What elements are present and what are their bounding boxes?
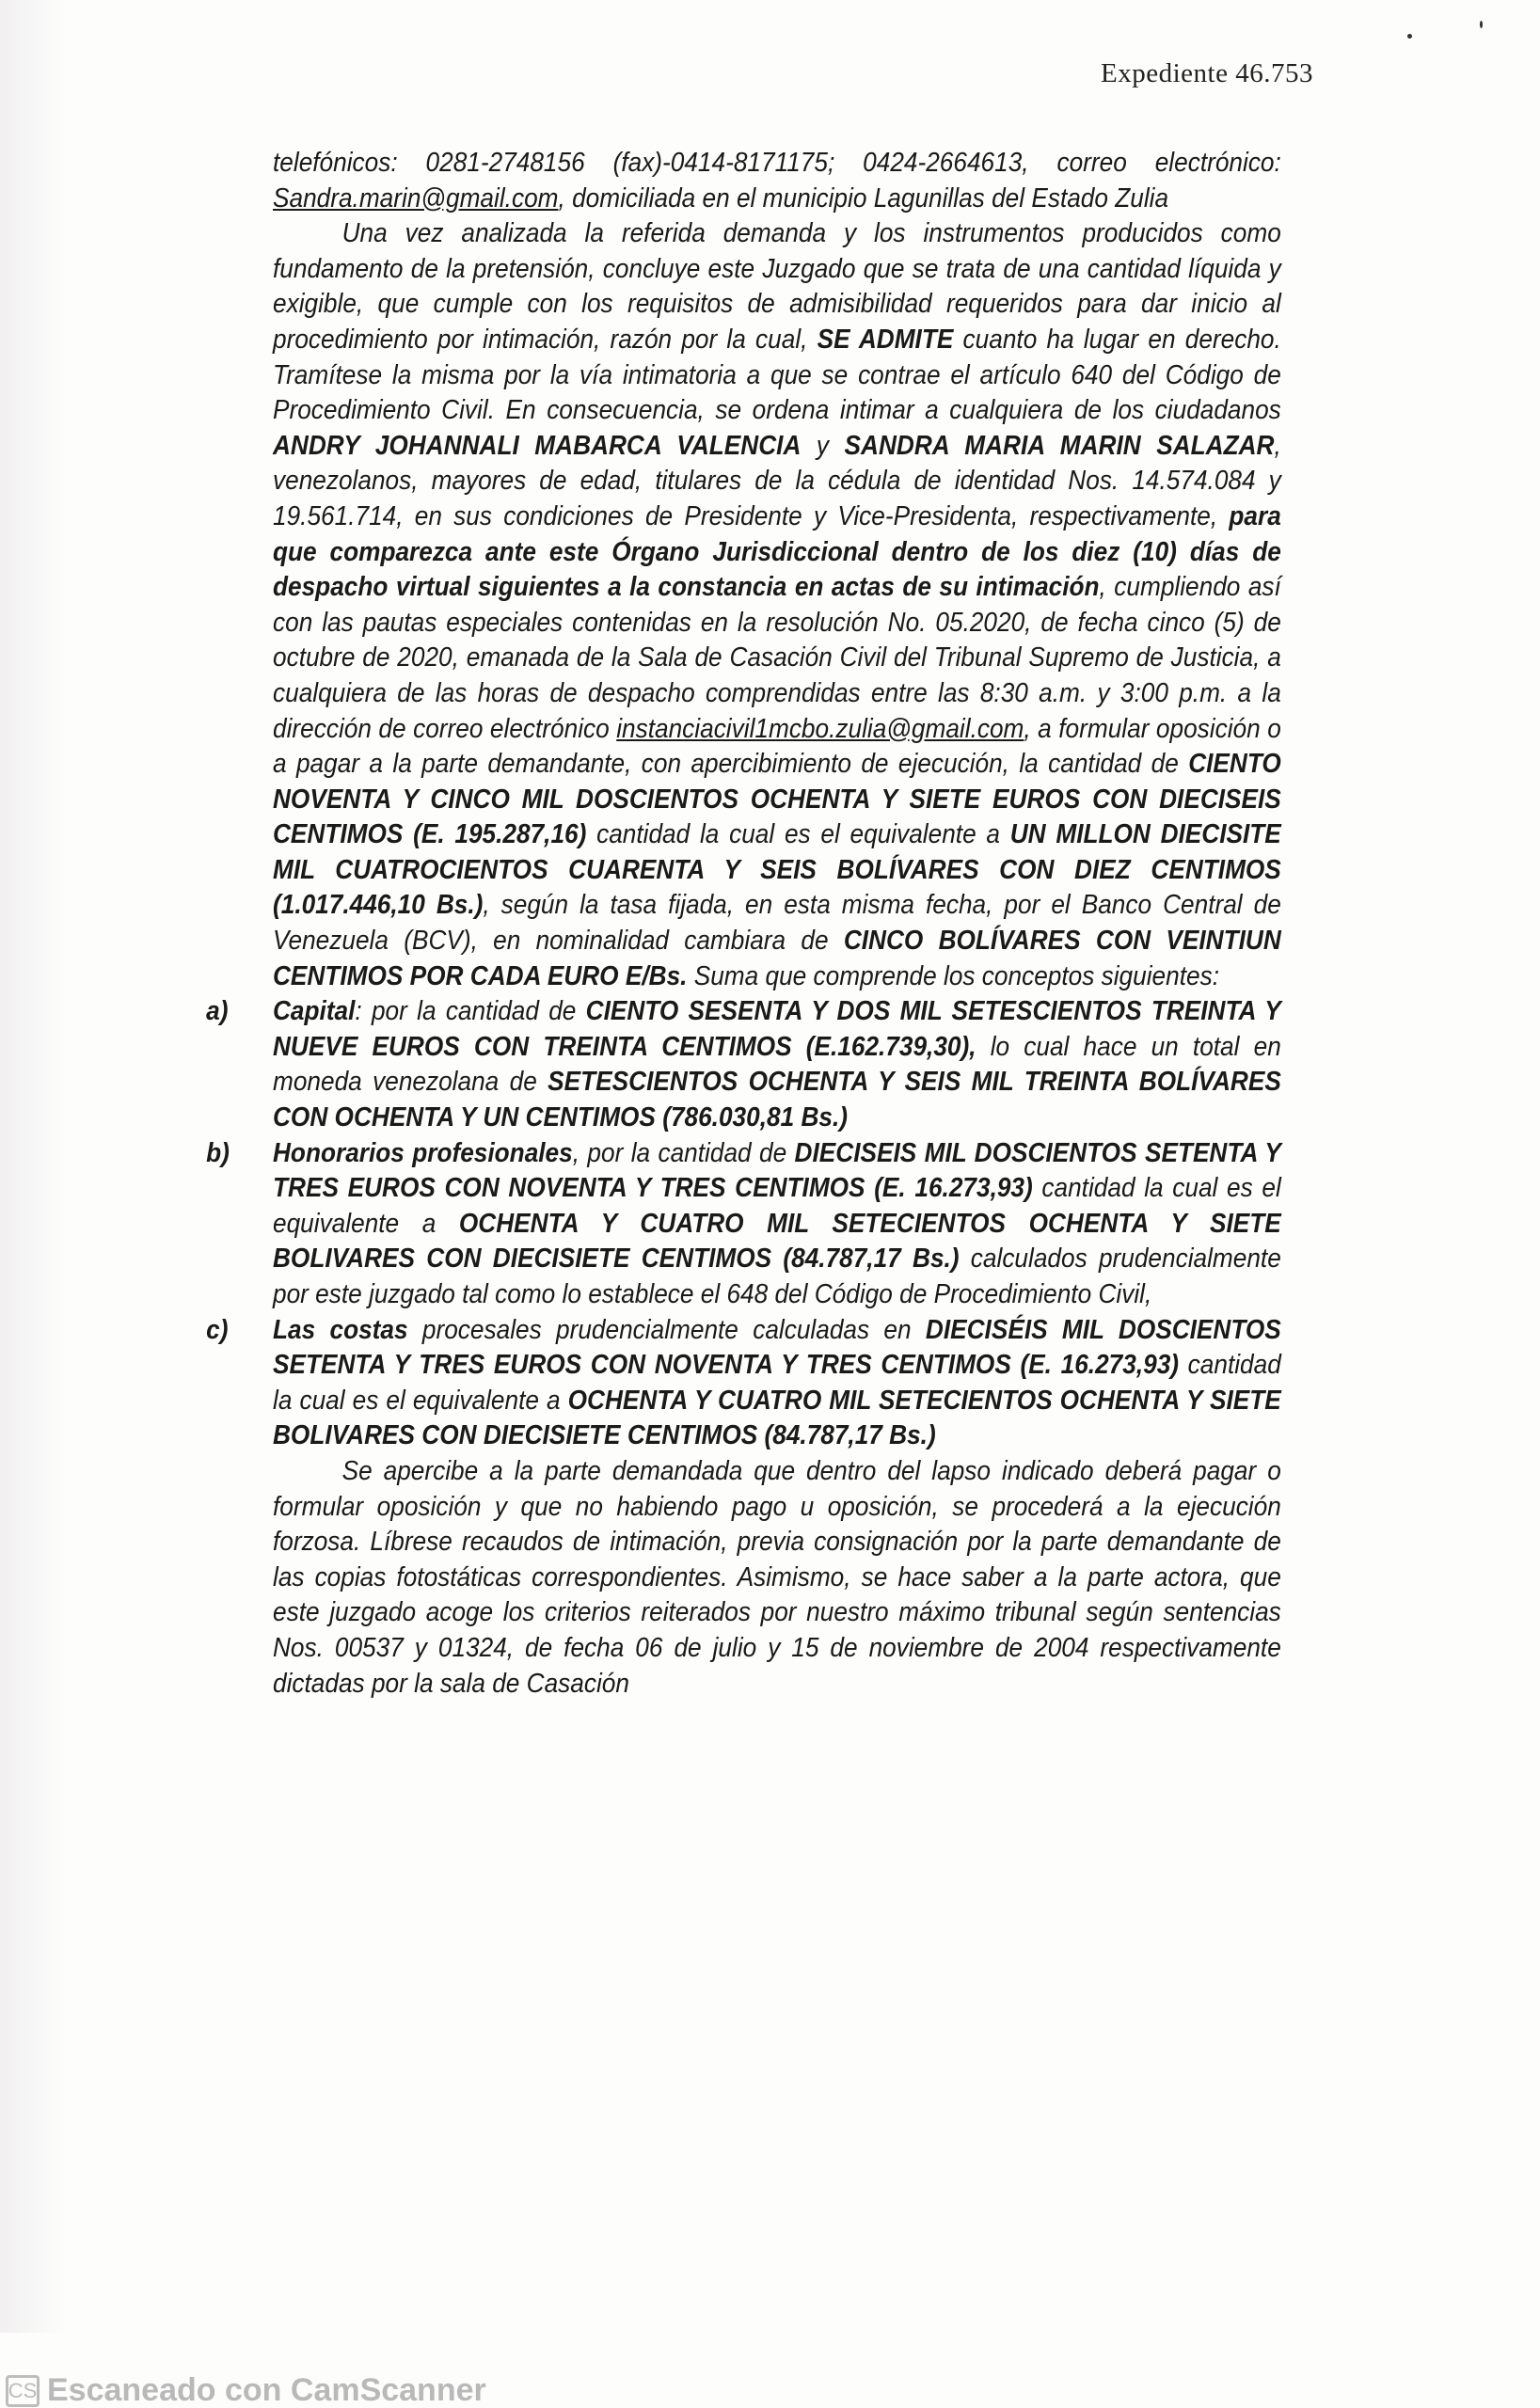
email-link[interactable]: Sandra.marin@gmail.com xyxy=(273,183,558,214)
scan-speck xyxy=(1407,34,1412,39)
list-item-honorarios: b)Honorarios profesionales, por la canti… xyxy=(273,1136,1281,1313)
admission-paragraph: Una vez analizada la referida demanda y … xyxy=(273,216,1281,994)
camscanner-watermark: CS Escaneado con CamScanner xyxy=(6,2372,486,2408)
scan-speck xyxy=(1480,21,1483,28)
case-number-header: Expediente 46.753 xyxy=(1101,58,1313,89)
list-item-costas: c)Las costas procesales prudencialmente … xyxy=(273,1313,1281,1454)
contact-paragraph: telefónicos: 0281-2748156 (fax)-0414-817… xyxy=(273,146,1281,216)
scan-edge-shadow xyxy=(0,0,66,2333)
list-item-capital: a)Capital: por la cantidad de CIENTO SES… xyxy=(273,994,1281,1135)
court-email-link[interactable]: instanciacivil1mcbo.zulia@gmail.com xyxy=(616,714,1024,744)
warning-paragraph: Se apercibe a la parte demandada que den… xyxy=(273,1454,1281,1702)
document-body: telefónicos: 0281-2748156 (fax)-0414-817… xyxy=(273,146,1281,1702)
camscanner-logo-icon: CS xyxy=(6,2375,40,2407)
concepts-list: a)Capital: por la cantidad de CIENTO SES… xyxy=(273,994,1281,1454)
watermark-text: Escaneado con CamScanner xyxy=(47,2372,486,2408)
